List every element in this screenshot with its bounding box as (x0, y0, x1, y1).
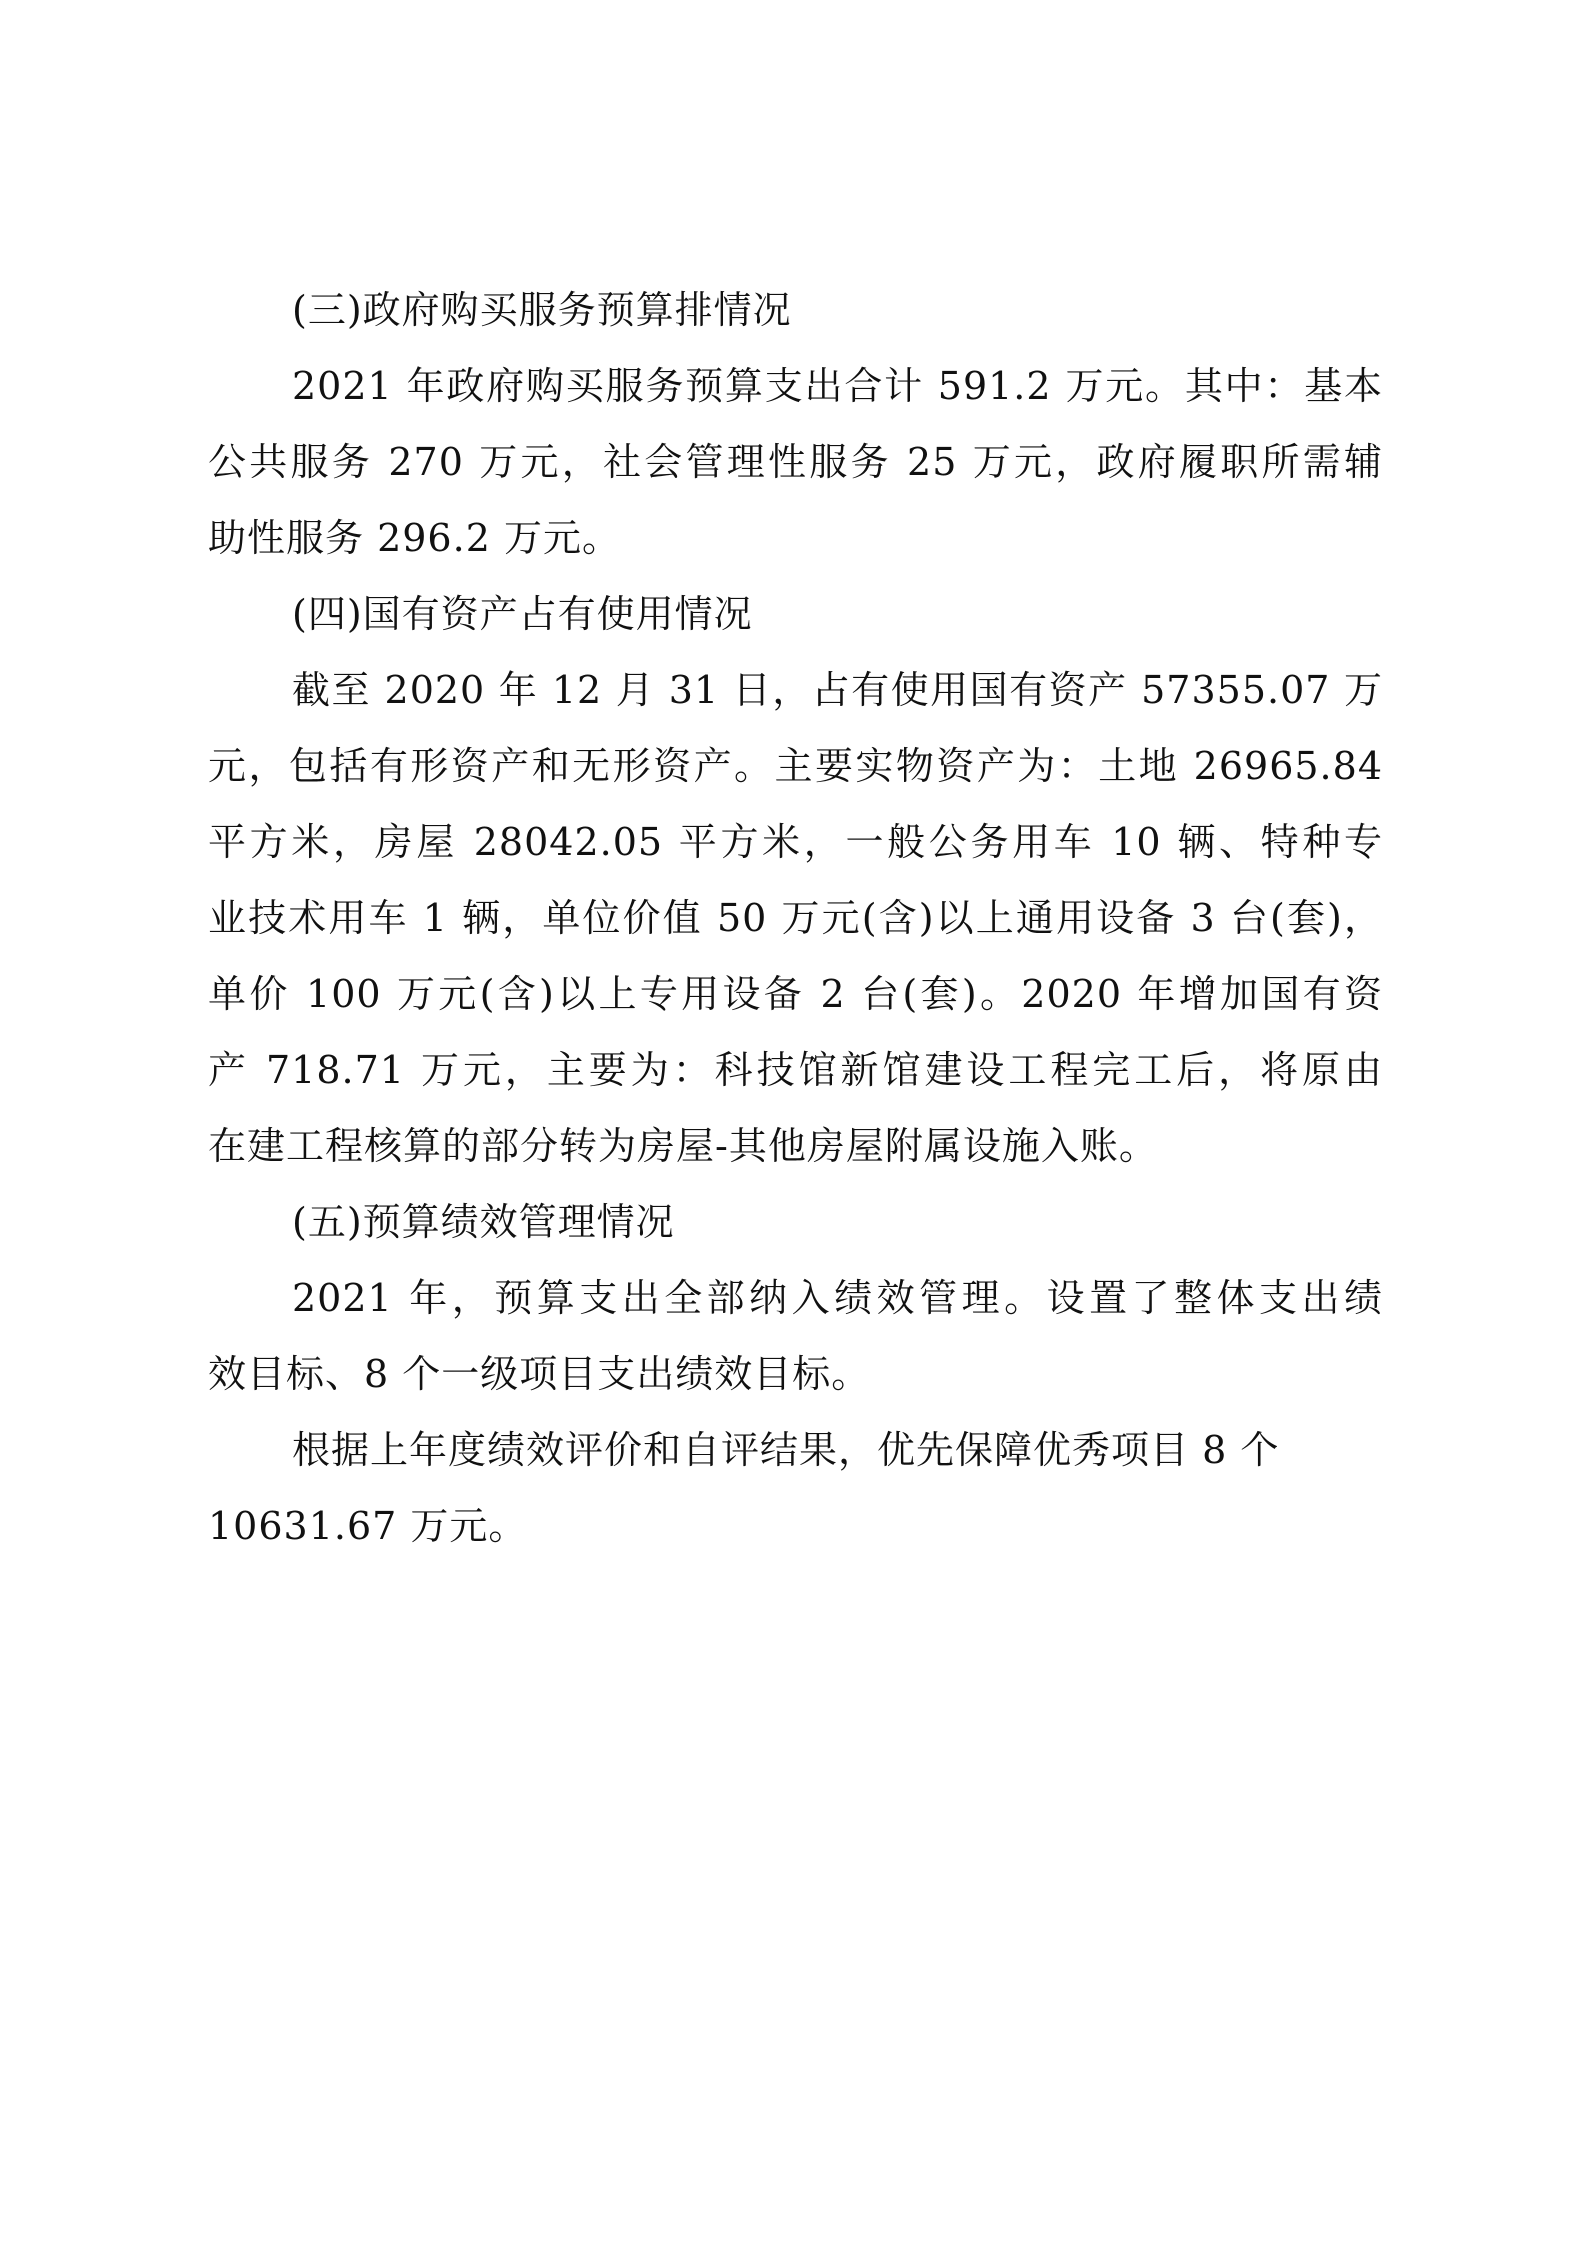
paragraph-line: 助性服务 296.2 万元。 (208, 508, 621, 568)
section-heading-3: (三)政府购买服务预算排情况 (292, 280, 792, 340)
paragraph-line: 在建工程核算的部分转为房屋-其他房屋附属设施入账。 (208, 1116, 1158, 1176)
paragraph-line: 截至 2020 年 12 月 31 日，占有使用国有资产 57355.07 万 (292, 660, 1383, 720)
paragraph-line: 单价 100 万元(含)以上专用设备 2 台(套)。2020 年增加国有资 (208, 964, 1383, 1024)
paragraph-line: 2021 年，预算支出全部纳入绩效管理。设置了整体支出绩 (292, 1268, 1383, 1328)
section-heading-5: (五)预算绩效管理情况 (292, 1192, 675, 1252)
paragraph-line: 业技术用车 1 辆，单位价值 50 万元(含)以上通用设备 3 台(套)， (208, 888, 1383, 948)
paragraph-line: 根据上年度绩效评价和自评结果，优先保障优秀项目 8 个 (292, 1420, 1279, 1480)
paragraph-line: 效目标、8 个一级项目支出绩效目标。 (208, 1344, 870, 1404)
paragraph-line: 公共服务 270 万元，社会管理性服务 25 万元，政府履职所需辅 (208, 432, 1383, 492)
paragraph-line: 平方米，房屋 28042.05 平方米，一般公务用车 10 辆、特种专 (208, 812, 1383, 872)
paragraph-line: 2021 年政府购买服务预算支出合计 591.2 万元。其中：基本 (292, 356, 1383, 416)
paragraph-line: 产 718.71 万元，主要为：科技馆新馆建设工程完工后，将原由 (208, 1040, 1383, 1100)
paragraph-line: 元，包括有形资产和无形资产。主要实物资产为：土地 26965.84 (208, 736, 1383, 796)
section-heading-4: (四)国有资产占有使用情况 (292, 584, 753, 644)
paragraph-line: 10631.67 万元。 (208, 1496, 527, 1556)
